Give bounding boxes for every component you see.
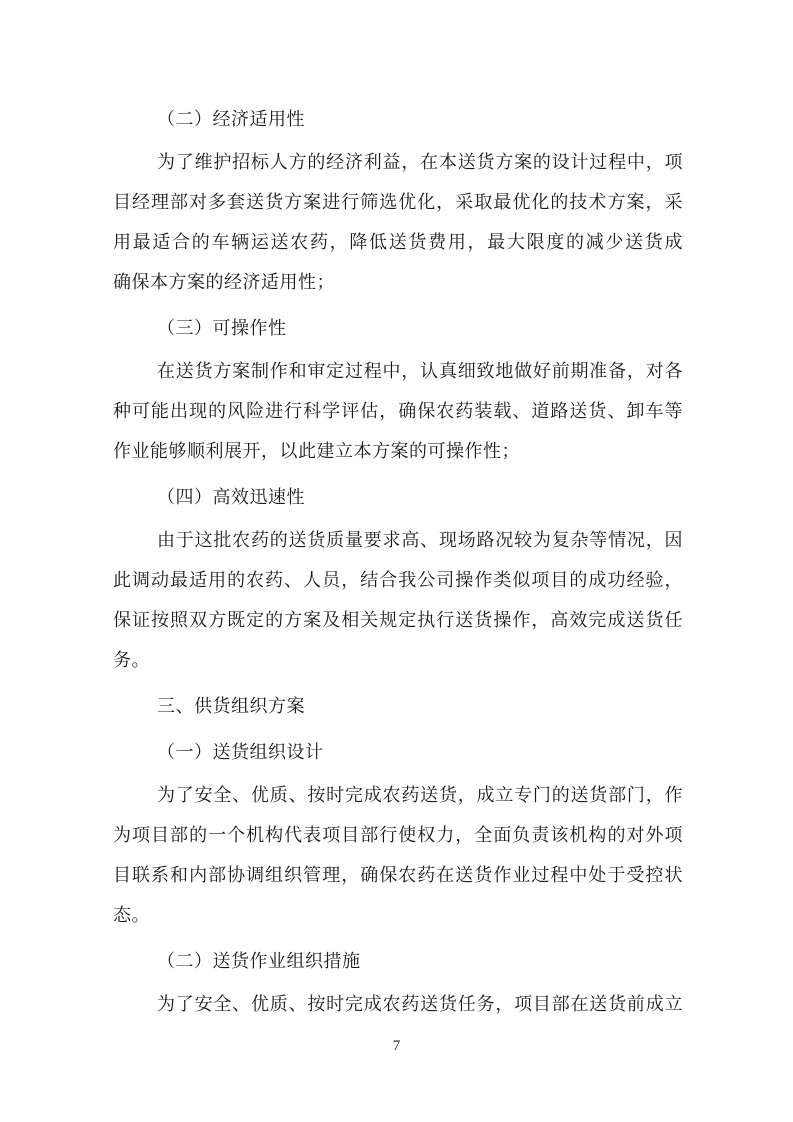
text-line: 确保本方案的经济适用性； (113, 262, 683, 302)
text-line: 保证按照双方既定的方案及相关规定执行送货操作，高效完成送货任 (113, 600, 683, 640)
text-line: 种可能出现的风险进行科学评估，确保农药装载、道路送货、卸车等 (113, 391, 683, 431)
text-line: 为了维护招标人方的经济利益，在本送货方案的设计过程中，项 (113, 142, 683, 182)
text-line: （一）送货组织设计 (113, 732, 683, 772)
section-heading-delivery-org-design: （一）送货组织设计 (113, 732, 683, 772)
section-heading-economy: （二）经济适用性 (113, 99, 683, 139)
text-line: 用最适合的车辆运送农药，降低送货费用，最大限度的减少送货成本， (113, 222, 683, 262)
text-line: 为项目部的一个机构代表项目部行使权力，全面负责该机构的对外项 (113, 815, 683, 855)
text-line: 在送货方案制作和审定过程中，认真细致地做好前期准备，对各 (113, 351, 683, 391)
paragraph-operability: 在送货方案制作和审定过程中，认真细致地做好前期准备，对各 种可能出现的风险进行科… (113, 351, 683, 471)
document-page: （二）经济适用性 为了维护招标人方的经济利益，在本送货方案的设计过程中，项 目经… (0, 0, 793, 1122)
document-content: （二）经济适用性 为了维护招标人方的经济利益，在本送货方案的设计过程中，项 目经… (0, 0, 793, 1024)
text-line: 目联系和内部协调组织管理，确保农药在送货作业过程中处于受控状 (113, 855, 683, 895)
text-line: 务。 (113, 640, 683, 680)
text-line: 为了安全、优质、按时完成农药送货任务，项目部在送货前成立 (113, 984, 683, 1024)
section-heading-operability: （三）可操作性 (113, 308, 683, 348)
page-footer: 7 (0, 1036, 793, 1056)
section-heading-efficiency: （四）高效迅速性 (113, 477, 683, 517)
page-number: 7 (393, 1038, 401, 1054)
text-line: （四）高效迅速性 (113, 477, 683, 517)
text-line: 为了安全、优质、按时完成农药送货，成立专门的送货部门，作 (113, 775, 683, 815)
paragraph-efficiency: 由于这批农药的送货质量要求高、现场路况较为复杂等情况，因 此调动最适用的农药、人… (113, 520, 683, 680)
text-line: （二）经济适用性 (113, 99, 683, 139)
text-line: 作业能够顺利展开，以此建立本方案的可操作性； (113, 431, 683, 471)
text-line: 三、供货组织方案 (113, 686, 683, 726)
text-line: 此调动最适用的农药、人员，结合我公司操作类似项目的成功经验， (113, 560, 683, 600)
section-heading-delivery-measures: （二）送货作业组织措施 (113, 941, 683, 981)
paragraph-delivery-measures: 为了安全、优质、按时完成农药送货任务，项目部在送货前成立 (113, 984, 683, 1024)
text-line: 态。 (113, 895, 683, 935)
paragraph-economy: 为了维护招标人方的经济利益，在本送货方案的设计过程中，项 目经理部对多套送货方案… (113, 142, 683, 302)
paragraph-delivery-org-design: 为了安全、优质、按时完成农药送货，成立专门的送货部门，作 为项目部的一个机构代表… (113, 775, 683, 935)
text-line: 由于这批农药的送货质量要求高、现场路况较为复杂等情况，因 (113, 520, 683, 560)
text-line: 目经理部对多套送货方案进行筛选优化，采取最优化的技术方案，采 (113, 182, 683, 222)
chapter-heading-supply-plan: 三、供货组织方案 (113, 686, 683, 726)
text-line: （二）送货作业组织措施 (113, 941, 683, 981)
text-line: （三）可操作性 (113, 308, 683, 348)
